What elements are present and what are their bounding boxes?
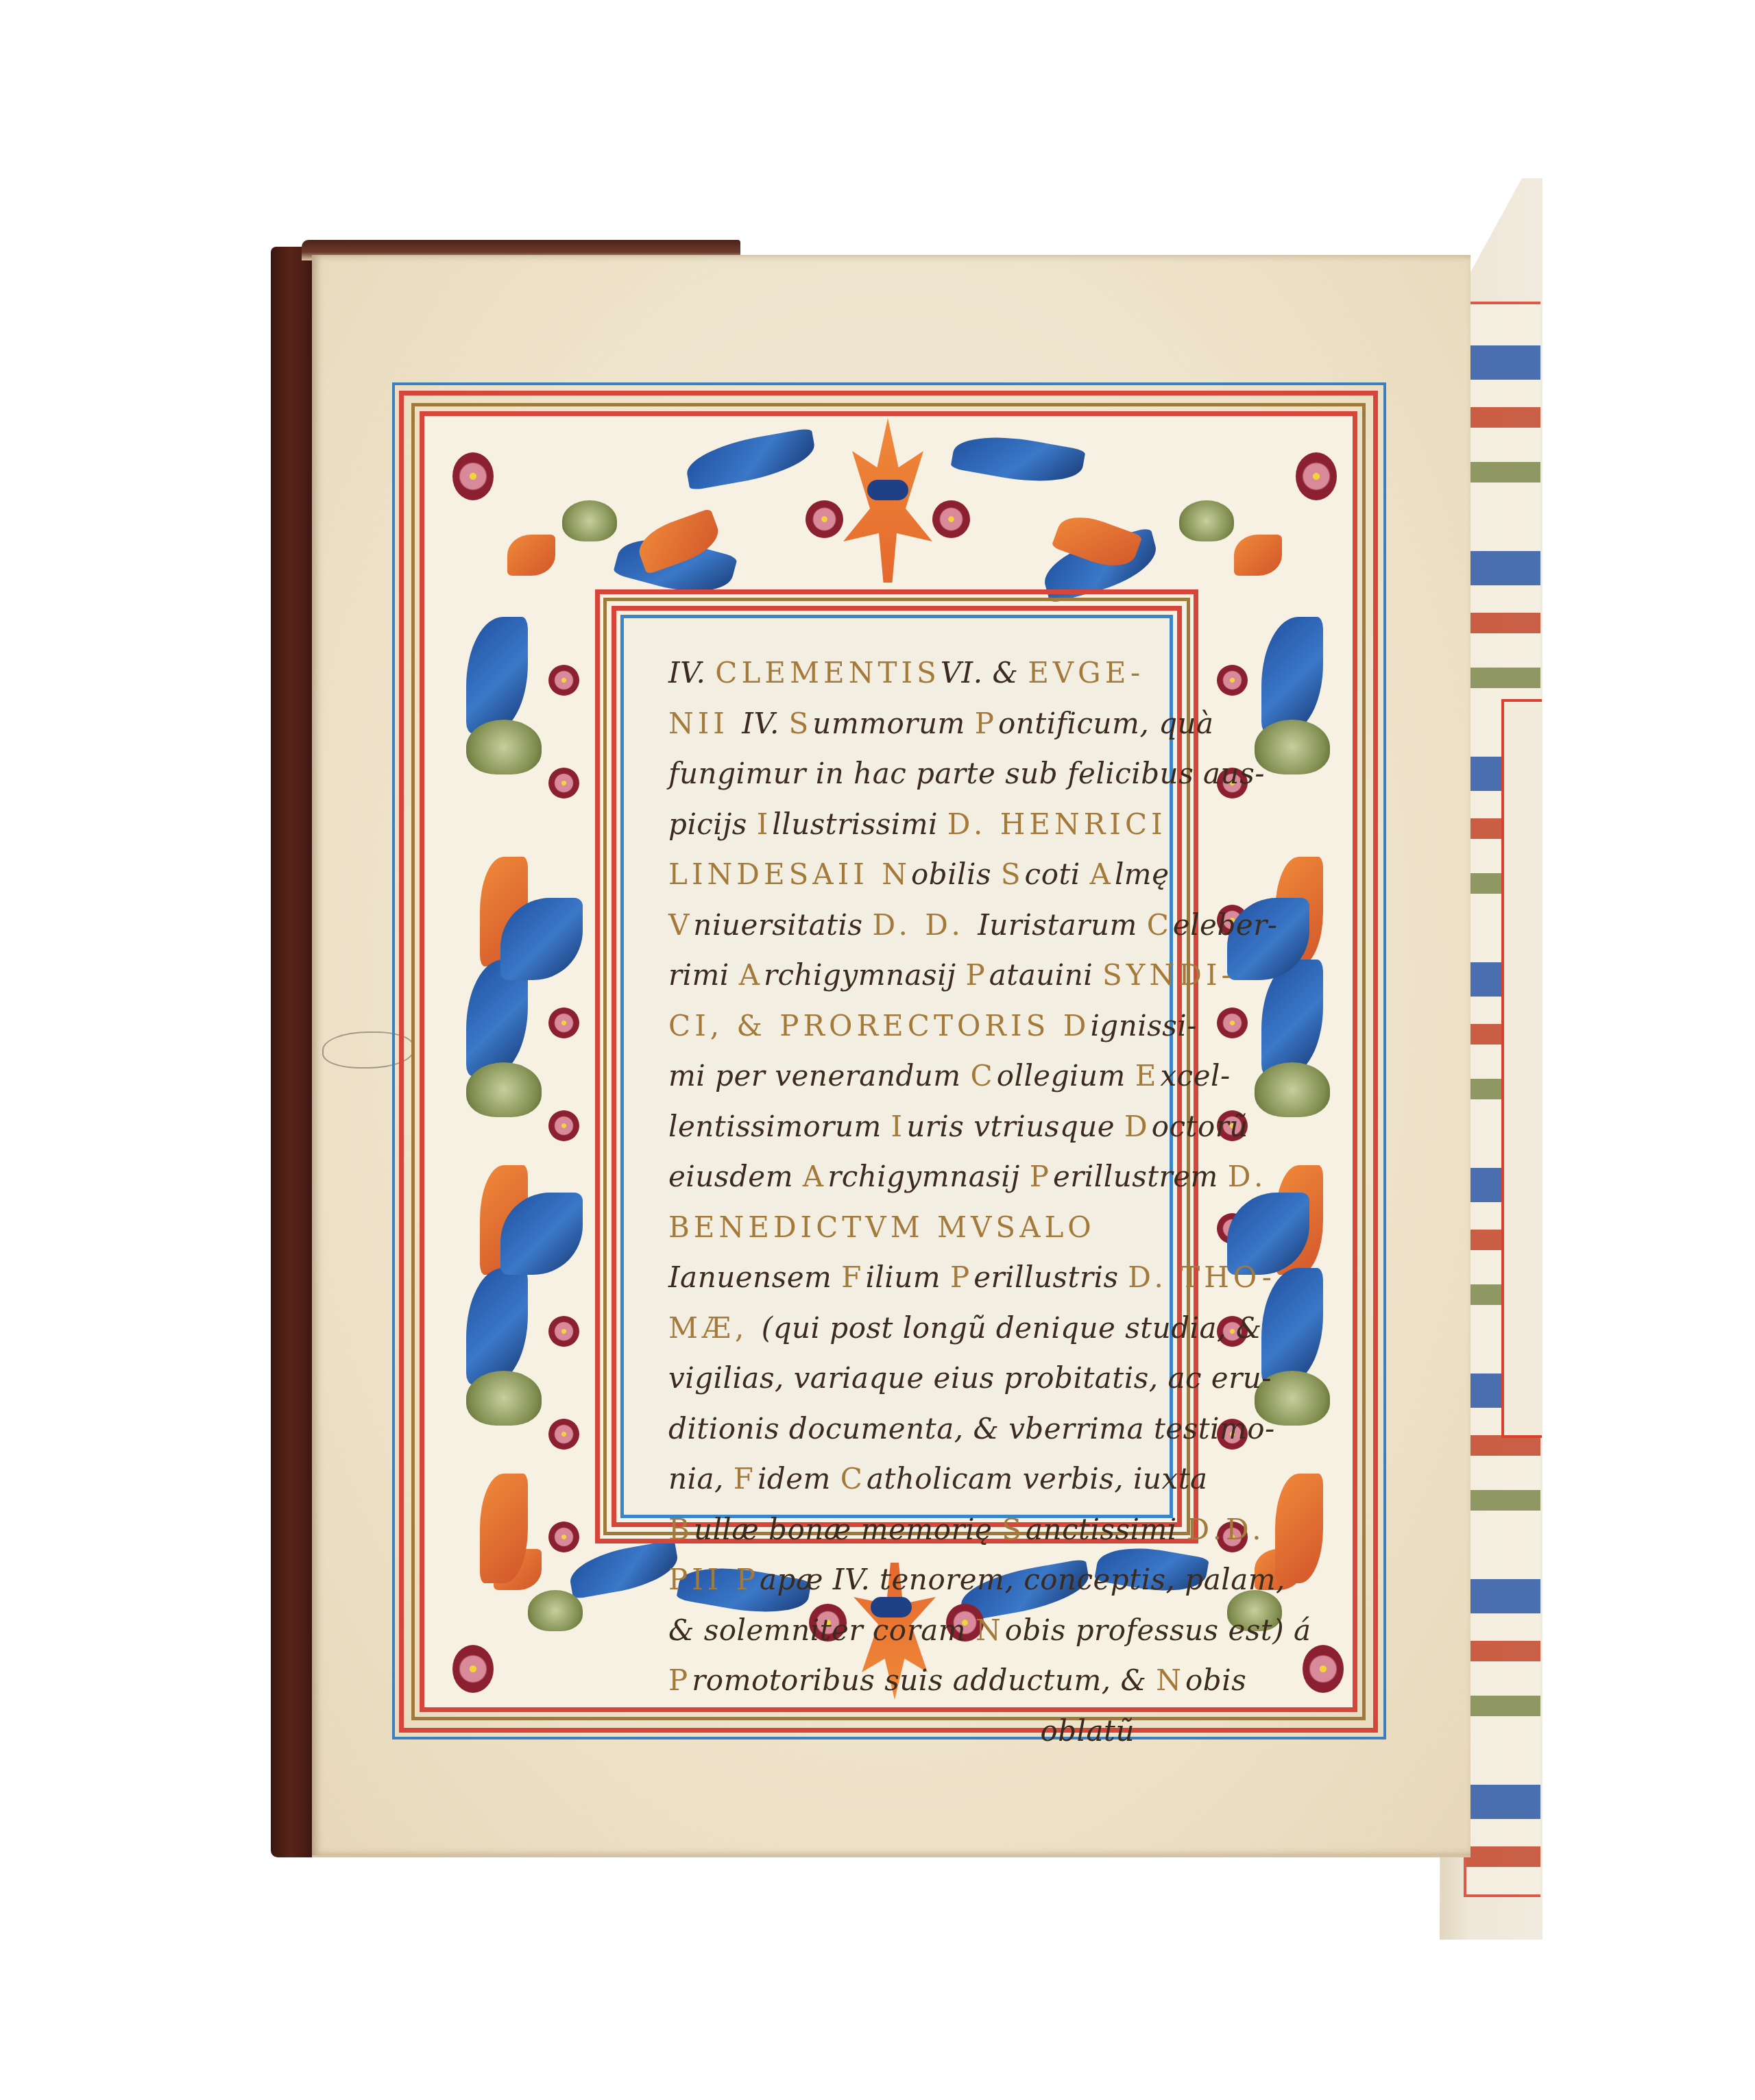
text-line: IV. CLEMENTISVI. & EVGE-	[668, 648, 1141, 698]
ink-text: & solemniter coram	[668, 1613, 976, 1647]
gold-capital-text: A	[1090, 857, 1115, 891]
rose-icon	[548, 1316, 579, 1347]
gold-capital-text: PII	[668, 1563, 736, 1596]
ink-text: atauini	[989, 958, 1102, 992]
ink-text: atholicam verbis, iuxta	[867, 1462, 1208, 1495]
ink-text: anctissimi	[1026, 1513, 1187, 1546]
pink-tulip-icon	[452, 1645, 494, 1693]
gold-capital-text: E	[1135, 1059, 1161, 1092]
gold-capital-text: D. HENRICI	[947, 807, 1167, 841]
gold-capital-text: D. D.	[872, 908, 978, 942]
gold-capital-text: C	[1147, 908, 1173, 942]
rose-icon	[548, 1008, 579, 1038]
ink-text: obilis	[911, 857, 1001, 891]
gold-capital-text: P	[975, 707, 998, 740]
green-leaf-icon	[1255, 720, 1330, 774]
gold-capital-text: EVGE-	[1028, 656, 1144, 689]
gold-capital-text: I	[757, 807, 773, 841]
text-line: piciјs Illustrissimi D. HENRICI	[668, 799, 1141, 850]
green-leaf-icon	[562, 500, 617, 541]
ink-text: vigilias, variaque eius probitatis, ac e…	[668, 1361, 1272, 1395]
ink-text: VI. &	[941, 656, 1028, 689]
ink-text: obis	[1185, 1663, 1246, 1697]
ink-text: IV.	[742, 707, 788, 740]
gold-capital-text: S	[1001, 857, 1025, 891]
ink-text: rchigymnasij	[827, 1160, 1029, 1193]
rose-icon	[548, 665, 579, 696]
ink-text: llustrissimi	[772, 807, 947, 841]
gold-capital-text: LINDESAII	[668, 857, 882, 891]
ink-text: Iuristarum	[978, 908, 1146, 942]
ink-text: Ianuensem	[668, 1260, 841, 1294]
ink-text: oblatũ	[1040, 1714, 1135, 1748]
rose-icon	[806, 500, 843, 538]
ink-text: rimi	[668, 958, 739, 992]
ink-text: idem	[758, 1462, 840, 1495]
gold-capital-text: A	[739, 958, 764, 992]
ink-text: IV.	[668, 656, 715, 689]
gold-capital-text: P	[736, 1563, 760, 1596]
text-line: CI, & PRORECTORIS Dignissi-	[668, 1001, 1141, 1051]
gold-capital-text: N	[882, 857, 911, 891]
gold-capital-text: N	[1156, 1663, 1185, 1697]
pink-tulip-icon	[452, 452, 494, 500]
ink-text: nia,	[668, 1462, 734, 1495]
text-line: Bullæ bonæ memorię Sanctissimi D.D.	[668, 1504, 1141, 1555]
rose-icon	[1217, 665, 1248, 696]
gold-capital-text: D	[1124, 1110, 1152, 1143]
gold-capital-text: SYNDI-	[1102, 958, 1235, 992]
ink-text: apæ IV. tenorem, conceptis, palam,	[760, 1563, 1285, 1596]
ink-text: ditionis documenta, & vberrima testimo-	[668, 1412, 1275, 1445]
ink-text: ontificum, quà	[998, 707, 1214, 740]
text-line: lentissimorum Iuris vtriusque Doctorũ	[668, 1101, 1141, 1152]
ink-text: fungimur in hac parte sub felicibus aus-	[668, 757, 1265, 790]
text-line: nia, Fidem Catholicam verbis, iuxta	[668, 1454, 1141, 1504]
text-line: Promotoribus suis adductum, & Nobis	[668, 1655, 1141, 1706]
text-line: ditionis documenta, & vberrima testimo-	[668, 1404, 1141, 1454]
ink-text: eiusdem	[668, 1160, 803, 1193]
gold-capital-text: MÆ,	[668, 1311, 762, 1345]
ink-text: ollegium	[997, 1059, 1135, 1092]
ink-text: niuersitatis	[693, 908, 872, 942]
gold-capital-text: CI, &	[668, 1009, 779, 1042]
green-leaf-icon	[1179, 500, 1234, 541]
ink-text: ummorum	[812, 707, 974, 740]
text-line: eiusdem Archigymnasij Perillustrem D.	[668, 1151, 1141, 1202]
rose-icon	[932, 500, 970, 538]
ink-text: uris vtriusque	[906, 1110, 1124, 1143]
orange-leaf-icon	[480, 1474, 528, 1583]
text-line: rimi Archigymnasij Patauini SYNDI-	[668, 950, 1141, 1001]
orange-star-flower-icon	[507, 535, 555, 576]
ink-text: erillustrem	[1053, 1160, 1228, 1193]
text-line: Ianuensem Filium Perillustris D. THO-	[668, 1252, 1141, 1303]
orange-star-flower-icon	[1234, 535, 1282, 576]
ink-text: mi per venerandum	[668, 1059, 971, 1092]
gold-capital-text: D	[1063, 1009, 1091, 1042]
fleur-band-icon	[867, 480, 908, 500]
green-leaf-icon	[466, 1062, 542, 1117]
green-leaf-icon	[466, 720, 542, 774]
text-line: mi per venerandum Collegium Excel-	[668, 1051, 1141, 1101]
gold-capital-text: S	[789, 707, 813, 740]
ink-text: obis professus est) á	[1005, 1613, 1311, 1647]
green-leaf-icon	[528, 1590, 583, 1631]
gold-capital-text: I	[891, 1110, 907, 1143]
gold-capital-text: D.	[1228, 1160, 1268, 1193]
rose-icon	[548, 1110, 579, 1141]
text-line: vigilias, variaque eius probitatis, ac e…	[668, 1353, 1141, 1404]
ink-text: romotoribus suis adductum, &	[692, 1663, 1156, 1697]
gold-capital-text: BENEDICTVM MVSALO	[668, 1210, 1096, 1244]
text-line: fungimur in hac parte sub felicibus aus-	[668, 748, 1141, 799]
text-line: oblatũ	[668, 1706, 1141, 1757]
gold-capital-text: PRORECTORIS	[779, 1009, 1063, 1042]
ink-text: lentissimorum	[668, 1110, 891, 1143]
ink-text: piciјs	[668, 807, 757, 841]
rose-icon	[548, 1419, 579, 1450]
pink-tulip-icon	[1296, 452, 1337, 500]
ink-text: erillustris	[973, 1260, 1128, 1294]
text-line: MÆ, (qui post longũ denique studia, &	[668, 1303, 1141, 1354]
text-line: BENEDICTVM MVSALO	[668, 1202, 1141, 1253]
gold-capital-text: V	[668, 908, 693, 942]
gold-capital-text: S	[1002, 1513, 1026, 1546]
ink-text: (qui post longũ denique studia, &	[762, 1311, 1262, 1345]
gold-capital-text: D. THO-	[1128, 1260, 1276, 1294]
gold-capital-text: F	[734, 1462, 758, 1495]
pink-tulip-icon	[1303, 1645, 1344, 1693]
gold-capital-text: N	[976, 1613, 1005, 1647]
text-line: LINDESAII Nobilis Scoti Almę	[668, 849, 1141, 900]
text-line: NII IV. Summorum Pontificum, quà	[668, 698, 1141, 749]
gold-capital-text: C	[840, 1462, 867, 1495]
ink-text: eleber-	[1173, 908, 1278, 942]
ink-text: ilium	[865, 1260, 950, 1294]
gold-capital-text: D.D.	[1187, 1513, 1266, 1546]
green-leaf-icon	[1255, 1062, 1330, 1117]
right-leaf-inner-panel	[1501, 699, 1542, 1438]
gold-capital-text: NII	[668, 707, 742, 740]
rose-icon	[1217, 1008, 1248, 1038]
ink-text: ignissi-	[1090, 1009, 1197, 1042]
gold-capital-text: CLEMENTIS	[715, 656, 940, 689]
ink-text: octorũ	[1152, 1110, 1248, 1143]
gold-capital-text: P	[950, 1260, 973, 1294]
gold-capital-text: P	[965, 958, 989, 992]
ink-text: xcel-	[1160, 1059, 1230, 1092]
gold-capital-text: A	[803, 1160, 827, 1193]
text-line: Vniuersitatis D. D. Iuristarum Celeber-	[668, 900, 1141, 951]
ink-text: lmę	[1115, 857, 1170, 891]
gold-capital-text: F	[841, 1260, 865, 1294]
ink-text: ullæ bonæ memorię	[694, 1513, 1002, 1546]
ink-text: rchigymnasij	[764, 958, 965, 992]
green-leaf-icon	[466, 1371, 542, 1426]
ink-text: coti	[1025, 857, 1090, 891]
gold-capital-text: C	[971, 1059, 997, 1092]
text-line: PII Papæ IV. tenorem, conceptis, palam,	[668, 1554, 1141, 1605]
gold-capital-text: P	[668, 1663, 692, 1697]
text-line: & solemniter coram Nobis professus est) …	[668, 1605, 1141, 1656]
gold-capital-text: B	[668, 1513, 694, 1546]
rose-icon	[548, 1522, 579, 1552]
rose-icon	[548, 768, 579, 798]
gold-capital-text: P	[1030, 1160, 1053, 1193]
manuscript-text: IV. CLEMENTISVI. & EVGE-NII IV. Summorum…	[668, 648, 1141, 1756]
